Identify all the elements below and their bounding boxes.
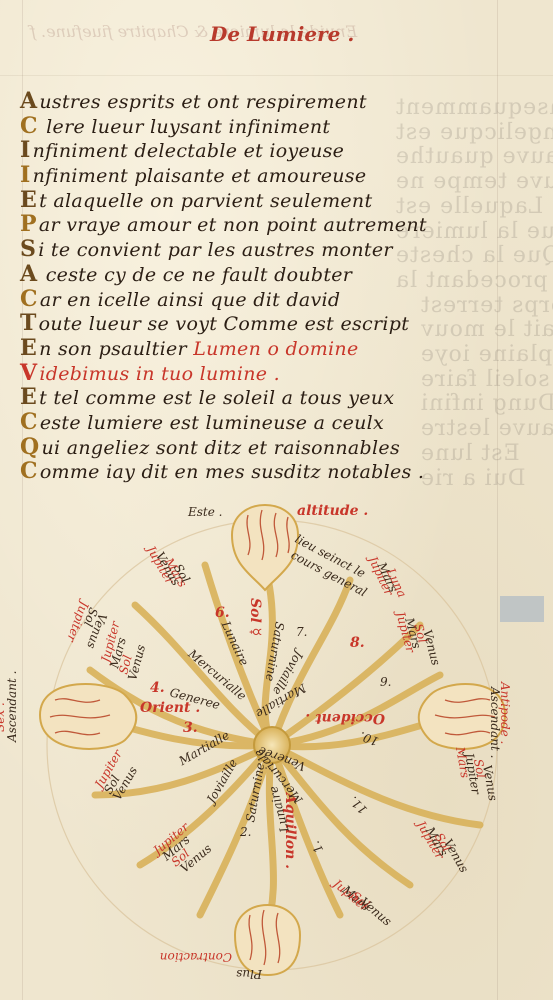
house-number: 9. bbox=[380, 675, 391, 689]
verse-line: Ceste lumiere est lumineuse a ceulx bbox=[20, 410, 490, 435]
verse-line: Comme iay dit en mes susditz notables . bbox=[20, 459, 490, 484]
initial-letter: S bbox=[20, 236, 36, 262]
verse-text: nfiniment delectable et ioyeuse bbox=[33, 140, 345, 162]
verse-text: este lumiere est lumineuse a ceulx bbox=[40, 412, 384, 434]
center-symbols: Sol ☿ bbox=[247, 598, 263, 636]
house-number: 7. bbox=[296, 625, 307, 639]
initial-letter: A bbox=[20, 261, 37, 287]
verse-line: Qui angeliez sont ditz et raisonnables bbox=[20, 435, 490, 460]
verse-text: ar en icelle ainsi que dit david bbox=[40, 289, 341, 311]
verse-line: Par vraye amour et non point autrement bbox=[20, 212, 490, 237]
ruling-line bbox=[0, 75, 553, 76]
label-contraction: Contraction bbox=[160, 950, 232, 964]
initial-letter: A bbox=[20, 88, 37, 114]
label-plus: Plus bbox=[236, 967, 262, 981]
initial-letter: P bbox=[20, 211, 37, 237]
initial-letter: I bbox=[20, 137, 31, 163]
verse-text: nfiniment plaisante et amoureuse bbox=[33, 165, 367, 187]
verse-line: Et alaquelle on parvient seulement bbox=[20, 188, 490, 213]
house-number: 3. bbox=[183, 720, 198, 736]
initial-letter: T bbox=[20, 310, 37, 336]
initial-letter: C bbox=[20, 113, 38, 139]
astrological-diagram: Este . altitude . lieu seinct le cours g… bbox=[0, 495, 553, 1000]
house-number: 4. bbox=[150, 680, 165, 696]
sun-rays-illustration bbox=[0, 495, 553, 1000]
verse-line: Austres esprits et ont respirement bbox=[20, 89, 490, 114]
label-occident: Occident . bbox=[305, 710, 385, 726]
rubric-text: Lumen o domine bbox=[193, 338, 358, 360]
verse-block: Austres esprits et ont respirementC lere… bbox=[20, 89, 490, 484]
verse-text: i te convient par les austres monter bbox=[38, 239, 393, 261]
verse-text: idebimus in tuo lumine . bbox=[39, 363, 280, 385]
verse-line: En son psaultier Lumen o domine bbox=[20, 336, 490, 361]
house-number: 8. bbox=[350, 635, 365, 651]
verse-line: A ceste cy de ce ne fault doubter bbox=[20, 262, 490, 287]
right-tip-ascendant: Ascendant . bbox=[488, 687, 502, 758]
verse-text: ar vraye amour et non point autrement bbox=[39, 214, 427, 236]
verse-line: C lere lueur luysant infiniment bbox=[20, 114, 490, 139]
verse-text: ustres esprits et ont respirement bbox=[39, 91, 366, 113]
verse-text: t alaquelle on parvient seulement bbox=[39, 190, 372, 212]
house-number: 6. bbox=[215, 605, 230, 621]
initial-letter: E bbox=[20, 335, 37, 361]
initial-letter: I bbox=[20, 162, 31, 188]
verse-text: oute lueur se voyt Comme est escript bbox=[39, 313, 409, 335]
verse-line: Infiniment plaisante et amoureuse bbox=[20, 163, 490, 188]
verse-line: Si te convient par les austres monter bbox=[20, 237, 490, 262]
verse-text: omme iay dit en mes susditz notables . bbox=[40, 461, 424, 483]
verse-line: Videbimus in tuo lumine . bbox=[20, 361, 490, 386]
initial-letter: Q bbox=[20, 434, 39, 460]
caption-altitude: altitude . bbox=[297, 503, 368, 519]
manuscript-page: Enuide la lumiere & Chapitre fiuefune. f… bbox=[0, 0, 553, 1000]
verse-line: Toute lueur se voyt Comme est escript bbox=[20, 311, 490, 336]
page-title: De Lumiere . bbox=[210, 22, 354, 46]
verse-text: lere lueur luysant infiniment bbox=[40, 116, 331, 138]
initial-letter: C bbox=[20, 409, 38, 435]
initial-letter: C bbox=[20, 286, 38, 312]
verse-line: Et tel comme est le soleil a tous yeux bbox=[20, 385, 490, 410]
verse-text: ui angeliez sont ditz et raisonnables bbox=[41, 437, 400, 459]
left-tip-ascendant: Ascendant . bbox=[5, 671, 19, 742]
verse-text: ceste cy de ce ne fault doubter bbox=[39, 264, 352, 286]
verse-line: Infiniment delectable et ioyeuse bbox=[20, 138, 490, 163]
verse-text: n son psaultier bbox=[39, 338, 193, 360]
house-number: 2. bbox=[240, 825, 251, 839]
caption-este: Este . bbox=[188, 505, 222, 519]
verse-text: t tel comme est le soleil a tous yeux bbox=[39, 387, 394, 409]
initial-letter: E bbox=[20, 384, 37, 410]
verse-line: Car en icelle ainsi que dit david bbox=[20, 287, 490, 312]
initial-letter: V bbox=[20, 360, 37, 386]
initial-letter: C bbox=[20, 458, 38, 484]
initial-letter: E bbox=[20, 187, 37, 213]
